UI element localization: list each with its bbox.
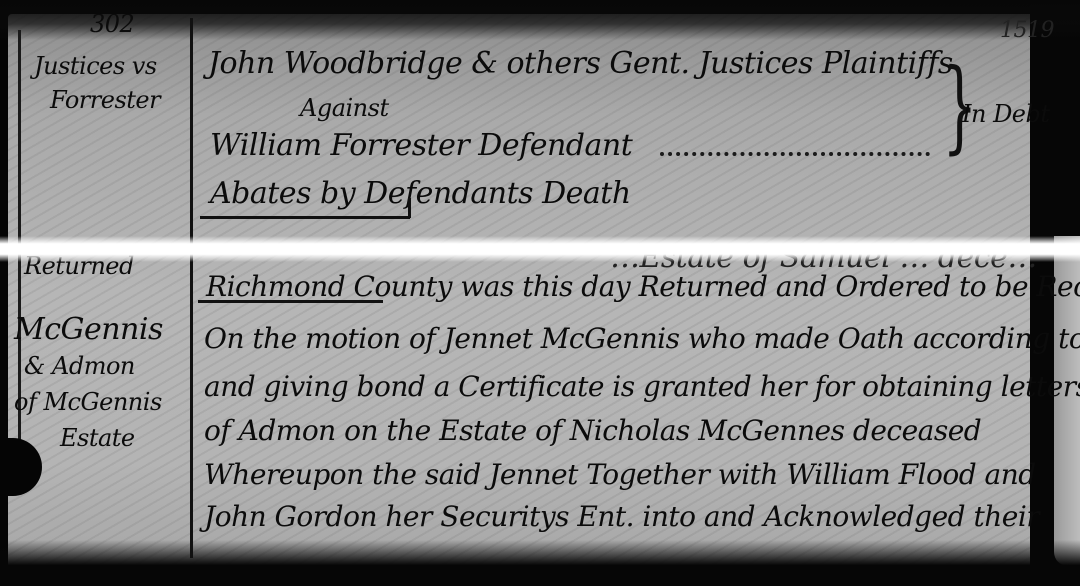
margin-note-entry3-line2: & Admon	[24, 352, 135, 380]
entry1-underline-tick	[408, 198, 411, 218]
left-margin-rule	[18, 30, 21, 440]
entry1-defendant: William Forrester Defendant	[210, 128, 632, 163]
margin-column-rule	[190, 18, 193, 558]
entry1-underline	[200, 216, 410, 219]
entry3-line2: and giving bond a Certificate is granted…	[204, 370, 1080, 403]
entry1-plaintiffs: John Woodbridge & others Gent. Justices …	[208, 46, 953, 81]
scan-border-bottom	[0, 540, 1080, 586]
scan-border-top	[0, 0, 1080, 40]
entry2-underline	[198, 300, 383, 303]
margin-note-entry1-line1: Justices vs	[34, 52, 157, 80]
entry3-line5: John Gordon her Securitys Ent. into and …	[204, 500, 1039, 533]
margin-note-entry3-line4: Estate	[60, 424, 135, 452]
entry3-line1: On the motion of Jennet McGennis who mad…	[204, 322, 1080, 355]
entry1-against: Against	[300, 94, 389, 122]
margin-note-entry1-line2: Forrester	[50, 86, 160, 114]
entry1-dotted-leader	[660, 152, 930, 156]
margin-note-entry3-line3: of McGennis	[14, 388, 162, 416]
entry1-bracket-note: In Debt	[962, 100, 1050, 128]
scan-glare-band	[0, 236, 1080, 262]
entry1-abates: Abates by Defendants Death	[210, 176, 631, 211]
entry3-line3: of Admon on the Estate of Nicholas McGen…	[204, 414, 981, 447]
entry3-line4: Whereupon the said Jennet Together with …	[204, 458, 1036, 491]
corner-number: 1519	[1000, 18, 1054, 43]
entry2-returned-line: Richmond County was this day Returned an…	[206, 270, 1080, 303]
margin-note-entry3-line1: McGennis	[14, 312, 163, 347]
page-number: 302	[90, 10, 134, 38]
